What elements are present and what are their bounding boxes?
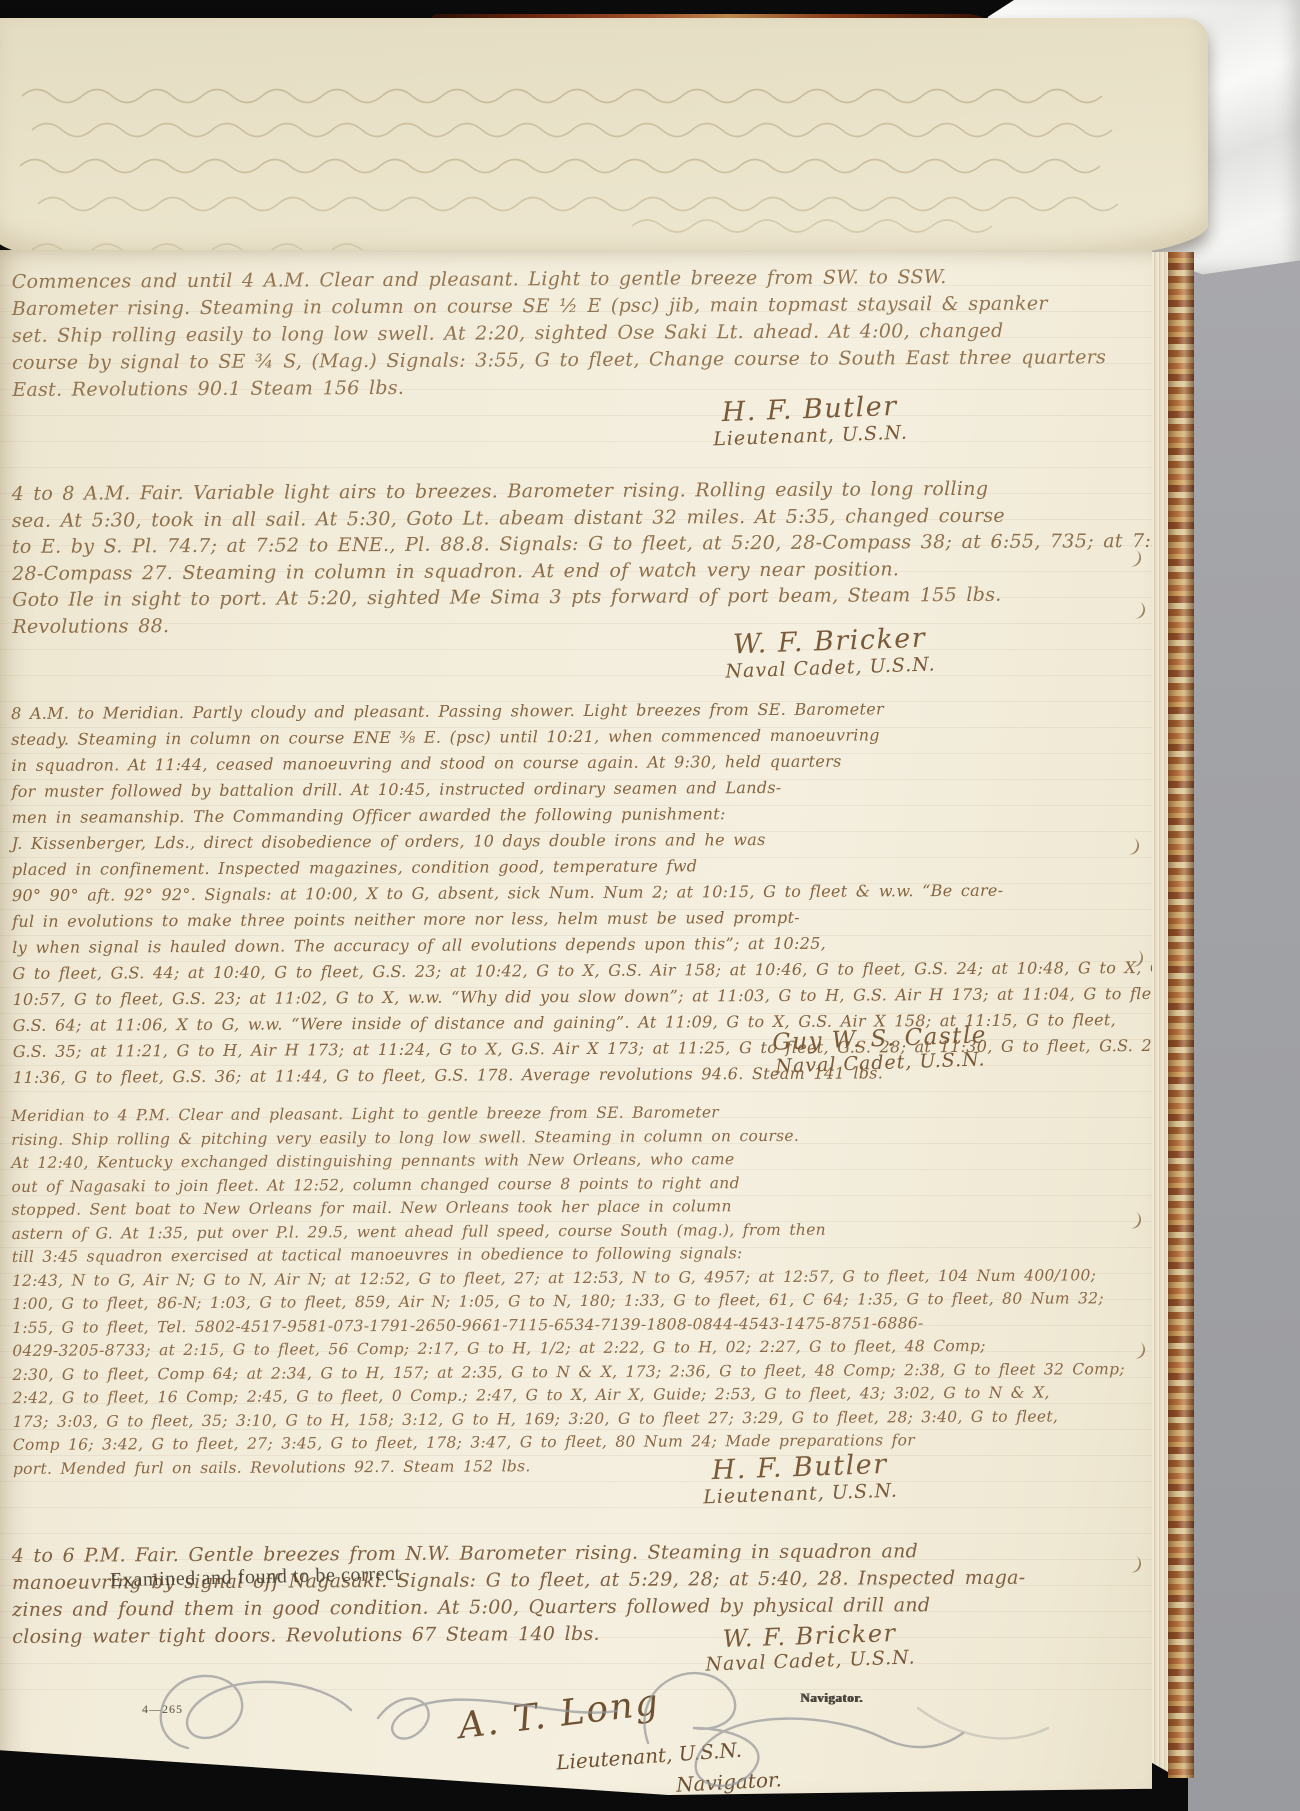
pencil-scribble bbox=[128, 1648, 1088, 1788]
signature-block: H. F. Butler Lieutenant, U.S.N. bbox=[639, 388, 981, 453]
log-entry-4-to-8am: 4 to 8 A.M. Fair. Variable light airs to… bbox=[12, 475, 1141, 640]
logbook-photo: Commences and until 4 A.M. Clear and ple… bbox=[0, 0, 1300, 1811]
log-entry-midnight-to-4am: Commences and until 4 A.M. Clear and ple… bbox=[12, 263, 1141, 404]
page-fore-edge bbox=[1168, 252, 1194, 1778]
page-stack-edge bbox=[1152, 252, 1168, 1772]
log-entry-meridian-to-4pm: Meridian to 4 P.M. Clear and pleasant. L… bbox=[11, 1099, 1141, 1481]
signature-block: H. F. Butler Lieutenant, U.S.N. bbox=[629, 1446, 971, 1511]
previous-page bbox=[0, 18, 1208, 264]
log-line: closing water tight doors. Revolutions 6… bbox=[12, 1618, 1140, 1651]
main-page: Commences and until 4 A.M. Clear and ple… bbox=[0, 250, 1152, 1795]
log-entry-4-to-6pm: 4 to 6 P.M. Fair. Gentle breezes from N.… bbox=[12, 1537, 1141, 1651]
bleed-through-text bbox=[0, 18, 1208, 264]
signature-block: W. F. Bricker Naval Cadet, U.S.N. bbox=[659, 620, 1001, 685]
